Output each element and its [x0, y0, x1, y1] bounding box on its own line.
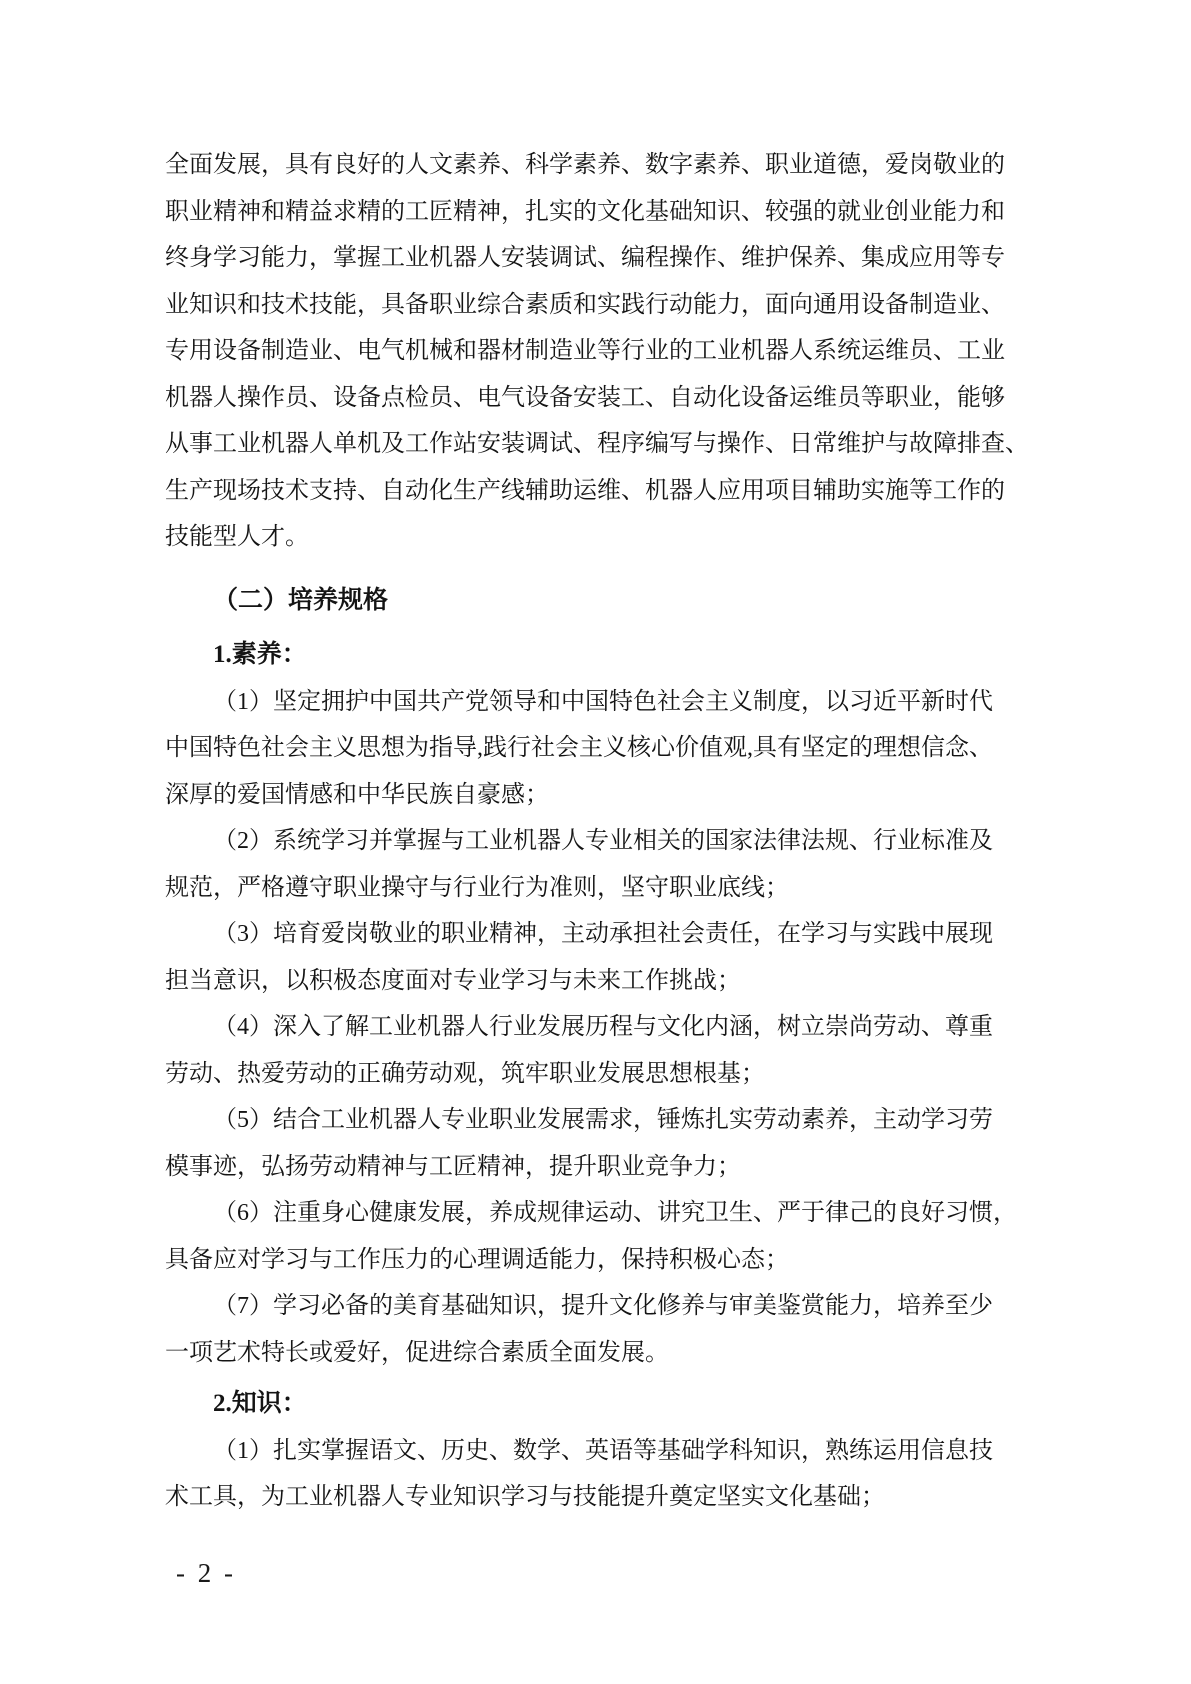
page-number: - 2 -: [176, 1553, 236, 1593]
text-line: 一项艺术特长或爱好，促进综合素质全面发展。: [165, 1330, 1007, 1377]
text-line: 担当意识，以积极态度面对专业学习与未来工作挑战；: [165, 958, 1007, 1005]
subheading-suyang: 1.素养：: [165, 632, 1007, 679]
text-line: （3）培育爱岗敬业的职业精神，主动承担社会责任，在学习与实践中展现: [165, 911, 1007, 958]
section-heading-peiyang-guige: （二）培养规格: [165, 578, 1007, 625]
text-line: 劳动、热爱劳动的正确劳动观，筑牢职业发展思想根基；: [165, 1051, 1007, 1098]
text-line: 具备应对学习与工作压力的心理调适能力，保持积极心态；: [165, 1237, 1007, 1284]
text-line: 业知识和技术技能，具备职业综合素质和实践行动能力，面向通用设备制造业、: [165, 282, 1007, 329]
text-line: （4）深入了解工业机器人行业发展历程与文化内涵，树立崇尚劳动、尊重: [165, 1004, 1007, 1051]
suyang-item-4: （4）深入了解工业机器人行业发展历程与文化内涵，树立崇尚劳动、尊重劳动、热爱劳动…: [165, 1004, 1007, 1097]
text-line: 中国特色社会主义思想为指导,践行社会主义核心价值观,具有坚定的理想信念、: [165, 725, 1007, 772]
suyang-item-5: （5）结合工业机器人专业职业发展需求，锤炼扎实劳动素养，主动学习劳模事迹，弘扬劳…: [165, 1097, 1007, 1190]
suyang-item-3: （3）培育爱岗敬业的职业精神，主动承担社会责任，在学习与实践中展现担当意识，以积…: [165, 911, 1007, 1004]
text-line: 模事迹，弘扬劳动精神与工匠精神，提升职业竞争力；: [165, 1144, 1007, 1191]
text-line: 专用设备制造业、电气机械和器材制造业等行业的工业机器人系统运维员、工业: [165, 328, 1007, 375]
suyang-item-2: （2）系统学习并掌握与工业机器人专业相关的国家法律法规、行业标准及规范，严格遵守…: [165, 818, 1007, 911]
text-line: 技能型人才。: [165, 514, 1007, 561]
text-line: （5）结合工业机器人专业职业发展需求，锤炼扎实劳动素养，主动学习劳: [165, 1097, 1007, 1144]
document-page: 全面发展，具有良好的人文素养、科学素养、数字素养、职业道德，爱岗敬业的职业精神和…: [0, 0, 1191, 1684]
text-line: （2）系统学习并掌握与工业机器人专业相关的国家法律法规、行业标准及: [165, 818, 1007, 865]
text-line: 全面发展，具有良好的人文素养、科学素养、数字素养、职业道德，爱岗敬业的: [165, 142, 1007, 189]
intro-continuation-paragraph: 全面发展，具有良好的人文素养、科学素养、数字素养、职业道德，爱岗敬业的职业精神和…: [165, 142, 1007, 561]
text-line: 生产现场技术支持、自动化生产线辅助运维、机器人应用项目辅助实施等工作的: [165, 468, 1007, 515]
text-line: （6）注重身心健康发展，养成规律运动、讲究卫生、严于律己的良好习惯，: [165, 1190, 1007, 1237]
text-line: 终身学习能力，掌握工业机器人安装调试、编程操作、维护保养、集成应用等专: [165, 235, 1007, 282]
text-line: 深厚的爱国情感和中华民族自豪感；: [165, 772, 1007, 819]
zhishi-item-1: （1）扎实掌握语文、历史、数学、英语等基础学科知识，熟练运用信息技术工具，为工业…: [165, 1428, 1007, 1521]
document-body: 全面发展，具有良好的人文素养、科学素养、数字素养、职业道德，爱岗敬业的职业精神和…: [165, 142, 1007, 1521]
text-line: 职业精神和精益求精的工匠精神，扎实的文化基础知识、较强的就业创业能力和: [165, 189, 1007, 236]
suyang-item-6: （6）注重身心健康发展，养成规律运动、讲究卫生、严于律己的良好习惯，具备应对学习…: [165, 1190, 1007, 1283]
text-line: （7）学习必备的美育基础知识，提升文化修养与审美鉴赏能力，培养至少: [165, 1283, 1007, 1330]
text-line: （1）坚定拥护中国共产党领导和中国特色社会主义制度，以习近平新时代: [165, 679, 1007, 726]
suyang-item-7: （7）学习必备的美育基础知识，提升文化修养与审美鉴赏能力，培养至少一项艺术特长或…: [165, 1283, 1007, 1376]
text-line: 从事工业机器人单机及工作站安装调试、程序编写与操作、日常维护与故障排查、: [165, 421, 1007, 468]
text-line: 术工具，为工业机器人专业知识学习与技能提升奠定坚实文化基础；: [165, 1474, 1007, 1521]
text-line: （1）扎实掌握语文、历史、数学、英语等基础学科知识，熟练运用信息技: [165, 1428, 1007, 1475]
text-line: 机器人操作员、设备点检员、电气设备安装工、自动化设备运维员等职业，能够: [165, 375, 1007, 422]
suyang-item-1: （1）坚定拥护中国共产党领导和中国特色社会主义制度，以习近平新时代中国特色社会主…: [165, 679, 1007, 819]
subheading-zhishi: 2.知识：: [165, 1381, 1007, 1428]
text-line: 规范，严格遵守职业操守与行业行为准则，坚守职业底线；: [165, 865, 1007, 912]
